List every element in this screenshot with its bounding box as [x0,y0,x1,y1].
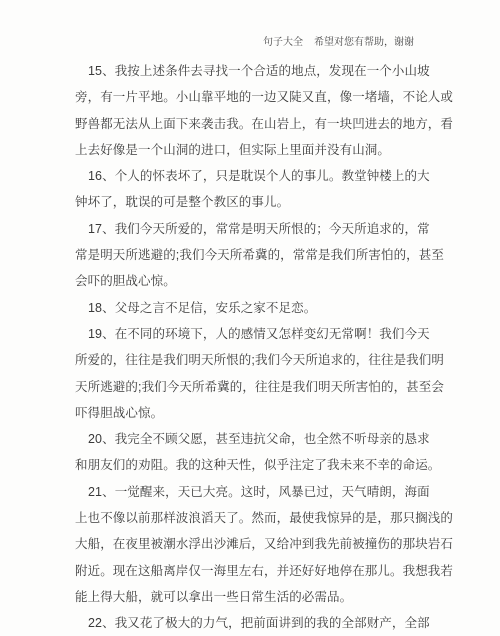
text-line: 15、我按上述条件去寻找一个合适的地点，发现在一个小山坡 [75,58,500,84]
text-line: 会吓的胆战心惊。 [75,268,500,294]
page-header: 句子大全 希望对您有帮助，谢谢 [263,33,414,48]
text-line: 能上得大船，就可以拿出一些日常生活的必需品。 [75,584,500,610]
text-line: 所爱的，往往是我们明天所恨的;我们今天所追求的，往往是我们明 [75,347,500,373]
paragraph-19: 19、在不同的环境下，人的感情又怎样变幻无常啊！我们今天所爱的，往往是我们明天所… [75,321,500,426]
text-line: 上也不像以前那样波浪滔天了。然而，最使我惊异的是，那只搁浅的 [75,505,500,531]
document-body: 15、我按上述条件去寻找一个合适的地点，发现在一个小山坡旁，有一片平地。小山靠平… [75,58,500,636]
text-line: 大船，在夜里被潮水浮出沙滩后，又给冲到我先前被撞伤的那块岩石 [75,531,500,557]
text-line: 野兽都无法从上面下来袭击我。在山岩上，有一块凹进去的地方，看 [75,111,500,137]
text-line: 附近。现在这船离岸仅一海里左右，并还好好地停在那儿。我想我若 [75,558,500,584]
text-line: 上去好像是一个山洞的进口，但实际上里面并没有山洞。 [75,137,500,163]
text-line: 吓得胆战心惊。 [75,400,500,426]
text-line: 21、一觉醒来，天已大亮。这时，风暴已过，天气晴朗，海面 [75,479,500,505]
text-line: 天所逃避的;我们今天所希冀的，往往是我们明天所害怕的，甚至会 [75,374,500,400]
paragraph-22: 22、我又花了极大的力气，把前面讲到的我的全部财产，全部 [75,610,500,636]
paragraph-15: 15、我按上述条件去寻找一个合适的地点，发现在一个小山坡旁，有一片平地。小山靠平… [75,58,500,163]
text-line: 16、个人的怀表坏了，只是耽误个人的事儿。教堂钟楼上的大 [75,163,500,189]
paragraph-17: 17、我们今天所爱的，常常是明天所恨的；今天所追求的，常常是明天所逃避的;我们今… [75,216,500,295]
text-line: 19、在不同的环境下，人的感情又怎样变幻无常啊！我们今天 [75,321,500,347]
text-line: 钟坏了，耽误的可是整个教区的事儿。 [75,189,500,215]
site-name: 句子大全 [263,33,303,48]
text-line: 常是明天所逃避的;我们今天所希冀的，常常是我们所害怕的，甚至 [75,242,500,268]
text-line: 20、我完全不顾父愿，甚至违抗父命，也全然不听母亲的恳求 [75,426,500,452]
header-tagline: 希望对您有帮助，谢谢 [314,33,414,48]
paragraph-20: 20、我完全不顾父愿，甚至违抗父命，也全然不听母亲的恳求和朋友们的劝阻。我的这种… [75,426,500,479]
paragraph-16: 16、个人的怀表坏了，只是耽误个人的事儿。教堂钟楼上的大钟坏了，耽误的可是整个教… [75,163,500,216]
paragraph-18: 18、父母之言不足信，安乐之家不足恋。 [75,295,500,321]
text-line: 22、我又花了极大的力气，把前面讲到的我的全部财产，全部 [75,610,500,636]
document-page: 句子大全 希望对您有帮助，谢谢 15、我按上述条件去寻找一个合适的地点，发现在一… [0,0,500,636]
text-line: 18、父母之言不足信，安乐之家不足恋。 [75,295,500,321]
paragraph-21: 21、一觉醒来，天已大亮。这时，风暴已过，天气晴朗，海面上也不像以前那样波浪滔天… [75,479,500,610]
text-line: 旁，有一片平地。小山靠平地的一边又陡又直，像一堵墙，不论人或 [75,84,500,110]
text-line: 17、我们今天所爱的，常常是明天所恨的；今天所追求的，常 [75,216,500,242]
text-line: 和朋友们的劝阻。我的这种天性，似乎注定了我未来不幸的命运。 [75,452,500,478]
